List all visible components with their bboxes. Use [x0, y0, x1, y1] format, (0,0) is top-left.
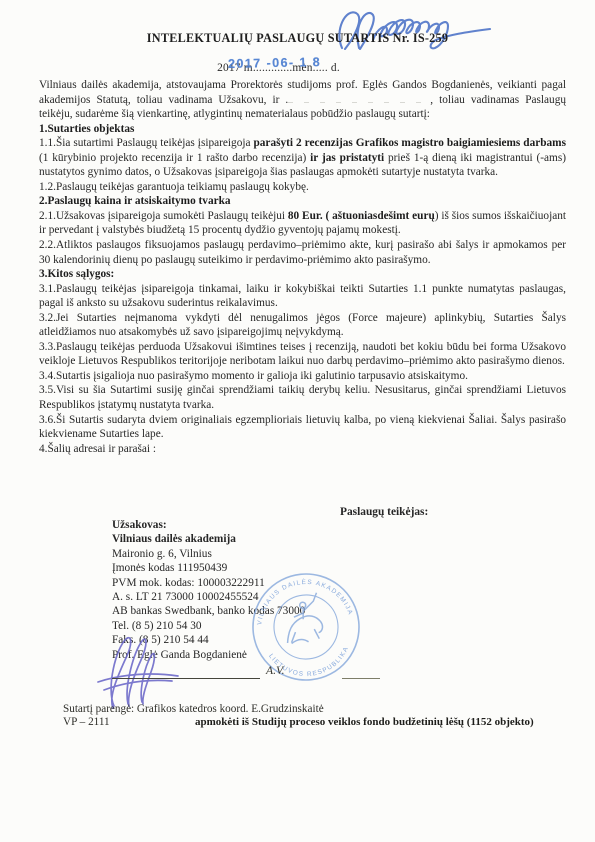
date-stamp: 2017 -06- 1 8 — [228, 55, 321, 71]
clause-3-3: 3.3.Paslaugų teikėjas perduoda Užsakovui… — [39, 340, 566, 369]
customer-heading: Užsakovas: — [112, 518, 305, 532]
provider-signature-line — [342, 678, 380, 679]
customer-name: Vilniaus dailės akademija — [112, 532, 305, 546]
contract-page: INTELEKTUALIŲ PASLAUGŲ SUTARTIS Nr. IS-2… — [0, 0, 595, 842]
blank-provider-name — [288, 97, 430, 103]
section-heading-3: 3.Kitos sąlygos: — [39, 267, 566, 282]
customer-signature-line — [112, 678, 260, 679]
contract-body: Vilniaus dailės akademija, atstovaujama … — [39, 78, 566, 456]
clause-4-addresses: 4.Šalių adresai ir parašai : — [39, 442, 566, 457]
vp-code: VP – 2111 — [63, 716, 110, 728]
handwritten-signature-bottom — [86, 632, 196, 710]
section-heading-2: 2.Paslaugų kaina ir atsiskaitymo tvarka — [39, 194, 566, 209]
contract-title: INTELEKTUALIŲ PASLAUGŲ SUTARTIS Nr. IS-2… — [0, 31, 595, 46]
av-seal-label: A.V. — [266, 664, 284, 677]
clause-3-4: 3.4.Sutartis įsigalioja nuo pasirašymo m… — [39, 369, 566, 384]
section-heading-1: 1.Sutarties objektas — [39, 122, 566, 137]
paragraph-intro: Vilniaus dailės akademija, atstovaujama … — [39, 78, 566, 122]
clause-3-6: 3.6.Ši Sutartis sudaryta dviem originali… — [39, 413, 566, 442]
clause-1-1: 1.1.Šia sutartimi Paslaugų teikėjas įsip… — [39, 136, 566, 180]
clause-1-2: 1.2.Paslaugų teikėjas garantuoja teikiam… — [39, 180, 566, 195]
prepared-by-line: Sutartį parengė: Grafikos katedros koord… — [63, 703, 324, 715]
funding-note: apmokėti iš Studijų proceso veiklos fond… — [195, 716, 567, 728]
clause-2-2: 2.2.Atliktos paslaugos fiksuojamos pasla… — [39, 238, 566, 267]
clause-3-5: 3.5.Visi su šia Sutartimi susiję ginčai … — [39, 383, 566, 412]
clause-2-1: 2.1.Užsakovas įsipareigoja sumokėti Pasl… — [39, 209, 566, 238]
customer-address-line: Maironio g. 6, Vilnius — [112, 547, 305, 561]
clause-3-1: 3.1.Paslaugų teikėjas įsipareigoja tinka… — [39, 282, 566, 311]
provider-heading: Paslaugų teikėjas: — [340, 506, 428, 518]
official-round-stamp: VILNIAUS DAILĖS AKADEMIJA LIETUVOS RESPU… — [242, 563, 369, 690]
clause-3-2: 3.2.Jei Sutarties neįmanoma vykdyti dėl … — [39, 311, 566, 340]
